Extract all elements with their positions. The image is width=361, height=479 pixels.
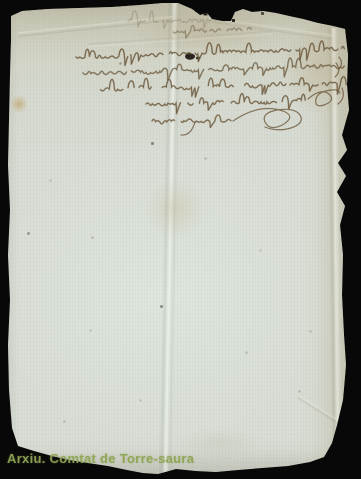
handwriting-stroke	[101, 77, 347, 97]
archive-caption: Arxiu. Comtat de Torre-saura	[7, 451, 194, 466]
handwriting-stroke	[128, 11, 227, 28]
paper-specks	[0, 0, 1, 1]
handwriting-stroke	[76, 41, 344, 65]
handwriting-stroke	[83, 58, 344, 80]
handwriting-stroke	[233, 109, 301, 130]
handwriting-ink	[0, 0, 361, 479]
handwriting-stroke	[308, 90, 340, 106]
handwriting-stroke	[181, 122, 195, 135]
photo-of-manuscript: Arxiu. Comtat de Torre-saura	[0, 0, 361, 479]
handwriting-stroke	[83, 58, 344, 80]
handwriting-stroke	[173, 25, 251, 38]
handwriting-stroke	[152, 115, 231, 127]
handwriting-stroke	[76, 41, 344, 65]
handwriting-stroke	[146, 94, 311, 114]
manuscript-paper	[0, 0, 361, 479]
